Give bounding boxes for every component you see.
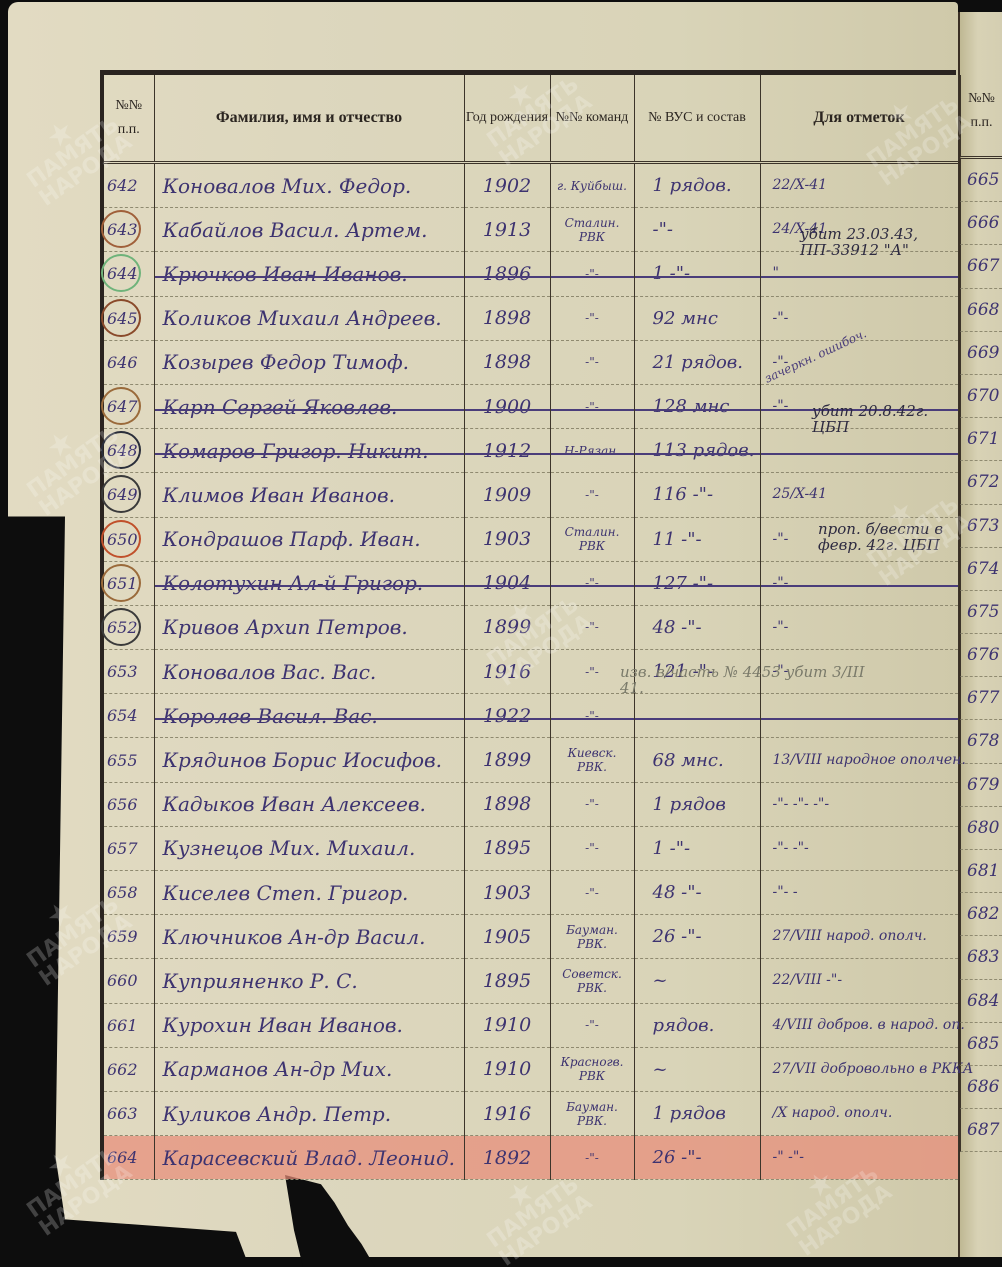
header-num: №№ п.п. [102,75,154,163]
row-number-text: 642 [107,176,138,195]
row-number-text: 648 [107,441,138,460]
person-name-text: Карманов Ан-др Мих. [163,1057,393,1081]
birth-year-text: 1895 [483,970,531,992]
team-number: -"- [550,1136,634,1180]
person-name: Кадыков Иван Алексеев. [154,782,464,826]
row-number-text: 657 [107,839,138,858]
team-number-text: -"- [585,620,599,634]
header-team: №№ команд [550,75,634,163]
team-number: -"- [550,694,634,738]
vus-composition-text: 68 мнс. [653,750,724,771]
vus-composition: 26 -"- [634,1136,760,1180]
next-page-row-number: 671 [960,418,1002,461]
person-name-text: Козырев Федор Тимоф. [163,350,410,374]
team-number: Сталин. РВК [550,517,634,561]
remarks-text: -"- -"- -"- [773,796,830,812]
row-number: 656 [102,782,154,826]
next-page-header: №№ п.п. [960,75,1002,159]
table-row: 645Коликов Михаил Андреев.1898-"-92 мнс-… [102,296,958,340]
row-number-text: 664 [107,1148,138,1167]
remarks-text: -" -"- [773,1149,805,1165]
team-number-text: -"- [585,1018,599,1032]
row-number-text: 644 [107,264,138,283]
row-number: 663 [102,1091,154,1135]
row-number-text: 653 [107,662,138,681]
team-number: -"- [550,1003,634,1047]
row-number-text: 650 [107,530,138,549]
row-number-text: 659 [107,927,138,946]
birth-year: 1898 [464,782,550,826]
next-page-row-number: 677 [960,677,1002,720]
side-annotation: убит 23.03.43, ПП-33912 "А" [800,226,950,258]
vus-composition: 1 -"- [634,252,760,296]
person-name: Коликов Михаил Андреев. [154,296,464,340]
team-number: Н-Рязан. [550,429,634,473]
birth-year-text: 1922 [483,705,531,727]
birth-year: 1898 [464,340,550,384]
remarks: 22/VIII -"- [760,959,958,1003]
table-row: 655Крядинов Борис Иосифов.1899Киевск. РВ… [102,738,958,782]
side-annotation: проп. б/вести в февр. 42г. ЦБП [818,521,968,553]
person-name-text: Ключников Ан-др Васил. [163,925,426,949]
next-page-row-number: 687 [960,1109,1002,1152]
next-page-row-number: 679 [960,764,1002,807]
row-number: 655 [102,738,154,782]
team-number: -"- [550,473,634,517]
person-name: Карманов Ан-др Мих. [154,1047,464,1091]
person-name: Кондрашов Парф. Иван. [154,517,464,561]
table-row: 656Кадыков Иван Алексеев.1898-"-1 рядов-… [102,782,958,826]
team-number: Сталин. РВК [550,208,634,252]
birth-year: 1904 [464,561,550,605]
birth-year-text: 1899 [483,749,531,771]
row-number: 645 [102,296,154,340]
row-number: 660 [102,959,154,1003]
team-number-text: -"- [585,886,599,900]
vus-composition: 128 мнс [634,384,760,428]
remarks-text: -"- [773,398,789,414]
birth-year-text: 1910 [483,1058,531,1080]
table-row: 659Ключников Ан-др Васил.1905Бауман. РВК… [102,915,958,959]
remarks-text: 22/VIII -"- [773,972,843,988]
row-number: 658 [102,871,154,915]
row-number: 661 [102,1003,154,1047]
vus-composition-text: 26 -"- [653,926,702,947]
row-number: 648 [102,429,154,473]
birth-year: 1902 [464,163,550,208]
team-number: -"- [550,561,634,605]
row-number: 650 [102,517,154,561]
birth-year: 1905 [464,915,550,959]
birth-year-text: 1898 [483,351,531,373]
person-name-text: Кривов Архип Петров. [163,615,408,639]
birth-year: 1898 [464,296,550,340]
team-number: -"- [550,871,634,915]
birth-year-text: 1899 [483,616,531,638]
person-name-text: Кузнецов Мих. Михаил. [163,836,416,860]
birth-year-text: 1912 [483,440,531,462]
team-number-text: -"- [585,355,599,369]
team-number-text: -"- [585,488,599,502]
row-number: 644 [102,252,154,296]
birth-year: 1899 [464,605,550,649]
person-name-text: Карасевский Влад. Леонид. [163,1146,455,1170]
table-row: 651Колотухин Ал-й Григор.1904-"-127 -"--… [102,561,958,605]
person-name: Козырев Федор Тимоф. [154,340,464,384]
vus-composition-text: 116 -"- [653,484,714,505]
remarks-text: -"- - [773,884,798,900]
row-number: 659 [102,915,154,959]
vus-composition-text: ~ [653,1059,668,1080]
birth-year: 1895 [464,959,550,1003]
table-row: 663Куликов Андр. Петр.1916Бауман. РВК.1 … [102,1091,958,1135]
birth-year: 1910 [464,1003,550,1047]
row-number-text: 652 [107,618,138,637]
team-number: -"- [550,826,634,870]
remarks-text: -"- [773,575,789,591]
vus-composition-text: 26 -"- [653,1147,702,1168]
remarks: 27/VII добровольно в РККА [760,1047,958,1091]
person-name-text: Кабайлов Васил. Артем. [163,218,428,242]
team-number: Бауман. РВК. [550,915,634,959]
table-row: 662Карманов Ан-др Мих.1910Красногв. РВК~… [102,1047,958,1091]
table-row: 657Кузнецов Мих. Михаил.1895-"-1 -"--"- … [102,826,958,870]
row-number-text: 645 [107,309,138,328]
row-number-text: 662 [107,1060,138,1079]
remarks-text: /X народ. ополч. [773,1105,893,1121]
next-page-row-number: 674 [960,548,1002,591]
header-name: Фамилия, имя и отчество [154,75,464,163]
person-name: Куприяненко Р. С. [154,959,464,1003]
vus-composition: 68 мнс. [634,738,760,782]
team-number-text: Н-Рязан. [564,444,620,458]
person-name: Ключников Ан-др Васил. [154,915,464,959]
person-name: Кузнецов Мих. Михаил. [154,826,464,870]
person-name: Королев Васил. Вас. [154,694,464,738]
table-row: 654Королев Васил. Вас.1922-"- [102,694,958,738]
row-number: 651 [102,561,154,605]
person-name-text: Кадыков Иван Алексеев. [163,792,426,816]
person-name-text: Колотухин Ал-й Григор. [163,571,424,595]
remarks: -"- -"- [760,826,958,870]
next-page-row-number: 669 [960,332,1002,375]
vus-composition: 113 рядов. [634,429,760,473]
next-page-row-number: 672 [960,461,1002,504]
remarks: 22/X-41 [760,163,958,208]
vus-composition: 11 -"- [634,517,760,561]
row-number-text: 646 [107,353,138,372]
vus-composition-text: 1 рядов [653,1103,726,1124]
team-number-text: -"- [585,576,599,590]
person-name: Карп Сергей Яковлев. [154,384,464,428]
vus-composition: 1 рядов [634,782,760,826]
table-row: 652Кривов Архип Петров.1899-"-48 -"--"- [102,605,958,649]
birth-year: 1916 [464,650,550,694]
birth-year-text: 1905 [483,926,531,948]
person-name-text: Кондрашов Парф. Иван. [163,527,421,551]
vus-composition: 92 мнс [634,296,760,340]
person-name: Киселев Степ. Григор. [154,871,464,915]
team-number-text: -"- [585,311,599,325]
birth-year: 1896 [464,252,550,296]
remarks: 27/VIII народ. ополч. [760,915,958,959]
person-name-text: Королев Васил. Вас. [163,704,378,728]
birth-year-text: 1898 [483,307,531,329]
remarks: -"- [760,561,958,605]
birth-year-text: 1902 [483,175,531,197]
row-number-text: 655 [107,751,138,770]
person-name: Курохин Иван Иванов. [154,1003,464,1047]
next-page-row-number: 683 [960,936,1002,979]
vus-composition-text: 48 -"- [653,617,702,638]
vus-composition-text: 1 -"- [653,838,691,859]
remarks: 25/X-41 [760,473,958,517]
header-vus: № ВУС и состав [634,75,760,163]
next-page-row-number: 682 [960,893,1002,936]
row-number-text: 643 [107,220,138,239]
birth-year: 1899 [464,738,550,782]
team-number-text: -"- [585,709,599,723]
vus-composition-text: 92 мнс [653,308,719,329]
team-number-text: Киевск. РВК. [568,746,617,774]
team-number: Бауман. РВК. [550,1091,634,1135]
team-number-text: Сталин. РВК [565,525,620,553]
remarks-text: -"- [773,310,789,326]
person-name-text: Карп Сергей Яковлев. [163,395,398,419]
table-row: 661Курохин Иван Иванов.1910-"-рядов.4/VI… [102,1003,958,1047]
vus-composition-text: 113 рядов. [653,440,755,461]
next-page-row-number: 678 [960,720,1002,763]
vus-composition-text: 21 рядов. [653,352,744,373]
table-row: 642Коновалов Мих. Федор.1902г. Куйбыш.1 … [102,163,958,208]
table-row: 658Киселев Степ. Григор.1903-"-48 -"--"-… [102,871,958,915]
person-name: Колотухин Ал-й Григор. [154,561,464,605]
next-page-row-number: 681 [960,850,1002,893]
vus-composition-text: 128 мнс [653,396,730,417]
person-name-text: Киселев Степ. Григор. [163,881,409,905]
team-number-text: г. Куйбыш. [557,179,627,193]
vus-composition: ~ [634,1047,760,1091]
person-name-text: Коновалов Вас. Вас. [163,660,377,684]
team-number: Красногв. РВК [550,1047,634,1091]
header-year: Год рождения [464,75,550,163]
person-name: Кабайлов Васил. Артем. [154,208,464,252]
person-name: Коновалов Мих. Федор. [154,163,464,208]
birth-year-text: 1910 [483,1014,531,1036]
vus-composition [634,694,760,738]
next-page-row-number: 680 [960,807,1002,850]
team-number: -"- [550,384,634,428]
remarks-text: -"- [773,531,789,547]
row-number: 647 [102,384,154,428]
row-number: 643 [102,208,154,252]
team-number: -"- [550,252,634,296]
remarks: /X народ. ополч. [760,1091,958,1135]
next-page-row-number: 670 [960,375,1002,418]
table-row: 664Карасевский Влад. Леонид.1892-"-26 -"… [102,1136,958,1180]
birth-year-text: 1904 [483,572,531,594]
person-name: Крядинов Борис Иосифов. [154,738,464,782]
next-page-row-number: 685 [960,1023,1002,1066]
vus-composition: -"- [634,208,760,252]
team-number: -"- [550,782,634,826]
remarks-text: 27/VII добровольно в РККА [773,1061,974,1077]
vus-composition: 26 -"- [634,915,760,959]
team-number: -"- [550,296,634,340]
birth-year: 1909 [464,473,550,517]
vus-composition-text: 1 рядов [653,794,726,815]
row-number: 654 [102,694,154,738]
person-name-text: Курохин Иван Иванов. [163,1013,403,1037]
side-annotation: убит 20.8.42г. ЦБП [812,403,962,435]
table-row: 660Куприяненко Р. С.1895Советск. РВК.~22… [102,959,958,1003]
row-number: 652 [102,605,154,649]
row-number-text: 654 [107,706,138,725]
person-name: Куликов Андр. Петр. [154,1091,464,1135]
next-page-row-number: 675 [960,591,1002,634]
remarks-text: 22/X-41 [773,177,828,193]
header-notes: Для отметок [760,75,958,163]
person-name-text: Куликов Андр. Петр. [163,1102,392,1126]
row-number: 662 [102,1047,154,1091]
birth-year: 1903 [464,871,550,915]
row-number-text: 651 [107,574,138,593]
person-name: Карасевский Влад. Леонид. [154,1136,464,1180]
row-number-text: 661 [107,1016,138,1035]
vus-composition-text: -"- [653,219,673,240]
birth-year-text: 1898 [483,793,531,815]
row-number-text: 647 [107,397,138,416]
team-number-text: Красногв. РВК [561,1055,624,1083]
vus-composition: 21 рядов. [634,340,760,384]
person-name-text: Комаров Григор. Никит. [163,439,429,463]
remarks: -"- [760,605,958,649]
remarks-text: -"- [773,619,789,635]
team-number-text: -"- [585,797,599,811]
remarks-text: 27/VIII народ. ополч. [773,928,927,944]
vus-composition-text: 11 -"- [653,529,702,550]
next-page-row-number: 668 [960,289,1002,332]
vus-composition: 48 -"- [634,605,760,649]
header-row: №№ п.п. Фамилия, имя и отчество Год рожд… [102,75,958,163]
team-number-text: -"- [585,267,599,281]
birth-year-text: 1903 [483,528,531,550]
row-number-text: 660 [107,971,138,990]
row-number: 657 [102,826,154,870]
row-number: 649 [102,473,154,517]
person-name-text: Коликов Михаил Андреев. [163,306,442,330]
birth-year-text: 1916 [483,1103,531,1125]
remarks [760,429,958,473]
row-number: 664 [102,1136,154,1180]
vus-composition: 127 -"- [634,561,760,605]
team-number-text: -"- [585,1151,599,1165]
vus-composition-text: ~ [653,970,668,991]
birth-year: 1912 [464,429,550,473]
remarks [760,694,958,738]
birth-year: 1913 [464,208,550,252]
side-annotation: изв. в/часть № 4453 убит 3/III 41. [620,664,880,696]
remarks-text: 25/X-41 [773,486,828,502]
row-number: 642 [102,163,154,208]
birth-year: 1895 [464,826,550,870]
birth-year-text: 1916 [483,661,531,683]
person-name-text: Крючков Иван Иванов. [163,262,408,286]
team-number-text: Бауман. РВК. [566,923,618,951]
next-page-row-number: 684 [960,980,1002,1023]
birth-year: 1892 [464,1136,550,1180]
team-number-text: -"- [585,665,599,679]
table-row: 649Климов Иван Иванов.1909-"-116 -"-25/X… [102,473,958,517]
next-page-column: №№ п.п. 66566666766866967067167267367467… [960,75,1002,1152]
team-number: -"- [550,605,634,649]
next-page-row-number: 667 [960,245,1002,288]
next-page-row-number: 686 [960,1066,1002,1109]
row-number-text: 663 [107,1104,138,1123]
person-name: Кривов Архип Петров. [154,605,464,649]
remarks: -"- - [760,871,958,915]
team-number: -"- [550,340,634,384]
person-name-text: Климов Иван Иванов. [163,483,395,507]
vus-composition-text: 127 -"- [653,573,714,594]
birth-year: 1916 [464,1091,550,1135]
vus-composition-text: 1 -"- [653,263,691,284]
row-number-text: 649 [107,485,138,504]
remarks: -"- -"- -"- [760,782,958,826]
remarks: -" -"- [760,1136,958,1180]
birth-year: 1900 [464,384,550,428]
team-number-text: Сталин. РВК [565,216,620,244]
birth-year: 1910 [464,1047,550,1091]
team-number: Советск. РВК. [550,959,634,1003]
vus-composition: 1 рядов [634,1091,760,1135]
birth-year: 1903 [464,517,550,561]
person-name: Коновалов Вас. Вас. [154,650,464,694]
next-page-row-number: 676 [960,634,1002,677]
birth-year-text: 1913 [483,219,531,241]
birth-year-text: 1900 [483,396,531,418]
birth-year-text: 1903 [483,882,531,904]
vus-composition: 1 рядов. [634,163,760,208]
team-number-text: -"- [585,841,599,855]
remarks-text: " [773,265,779,281]
person-name-text: Крядинов Борис Иосифов. [163,748,443,772]
person-name: Крючков Иван Иванов. [154,252,464,296]
row-number: 646 [102,340,154,384]
next-page-row-number: 665 [960,159,1002,202]
person-name: Климов Иван Иванов. [154,473,464,517]
person-name-text: Коновалов Мих. Федор. [163,174,412,198]
birth-year-text: 1892 [483,1147,531,1169]
row-number-text: 656 [107,795,138,814]
vus-composition: ~ [634,959,760,1003]
team-number-text: Бауман. РВК. [566,1100,618,1128]
person-name: Комаров Григор. Никит. [154,429,464,473]
remarks-text: -"- -"- [773,840,809,856]
remarks-text: 13/VIII народное ополчен. [773,752,966,768]
team-number: Киевск. РВК. [550,738,634,782]
vus-composition-text: 1 рядов. [653,175,732,196]
vus-composition-text: 48 -"- [653,882,702,903]
row-number-text: 658 [107,883,138,902]
vus-composition: 48 -"- [634,871,760,915]
row-number: 653 [102,650,154,694]
vus-composition-text: рядов. [653,1015,715,1036]
team-number-text: Советск. РВК. [562,967,622,995]
vus-composition: рядов. [634,1003,760,1047]
birth-year-text: 1895 [483,837,531,859]
vus-composition: 116 -"- [634,473,760,517]
